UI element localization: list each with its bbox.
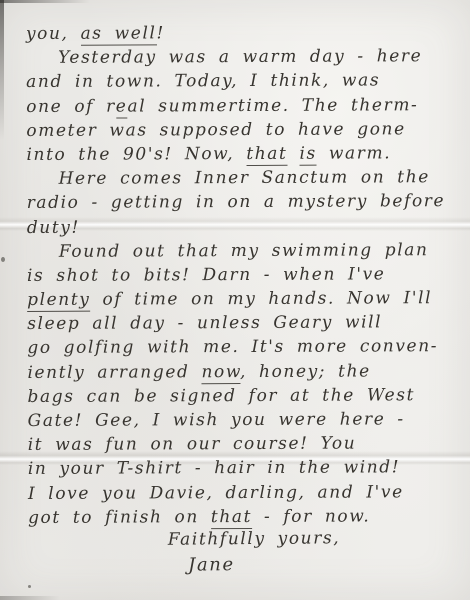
letter-line: it was fun on our course! You	[28, 431, 463, 457]
underlined-text: e	[116, 96, 128, 118]
scan-edge-left	[0, 0, 4, 140]
letter-line: one of real summertime. The therm-	[26, 93, 461, 119]
underlined-text: that	[211, 507, 252, 529]
underlined-text: now	[201, 362, 240, 384]
letter-line: Yesterday was a warm day - here	[26, 44, 461, 70]
letter-line: Gate! Gee, I wish you were here -	[28, 407, 463, 433]
text-segment	[287, 144, 299, 164]
underlined-text: as well	[81, 23, 157, 45]
letter-line: got to finish on that - for now.	[28, 504, 463, 530]
letter-line: bags can be signed for at the West	[27, 383, 462, 409]
text-segment: - for now.	[252, 506, 370, 527]
paper-speck	[1, 257, 5, 262]
text-segment: it was fun on our course! You	[28, 434, 357, 455]
text-segment: ometer was supposed to have gone	[26, 119, 405, 141]
text-segment: got to finish on	[28, 507, 211, 528]
letter-line: ometer was supposed to have gone	[26, 117, 461, 143]
letter-line: plenty of time on my hands. Now I'll	[27, 286, 462, 312]
letter-line: you, as well!	[26, 20, 461, 46]
text-segment: sleep all day - unless Geary will	[27, 313, 382, 335]
paper-speck	[28, 585, 31, 588]
underlined-text: that	[246, 144, 287, 166]
text-segment: one of r	[26, 96, 116, 116]
text-segment: iently arranged	[27, 362, 201, 383]
signature: Jane	[168, 551, 341, 578]
text-segment: of time on my hands. Now I'll	[90, 288, 432, 309]
text-segment: is shot to bits! Darn - when I've	[27, 264, 386, 286]
closing-block: Faithfully yours, Jane	[168, 526, 341, 578]
text-segment: I love you Davie, darling, and I've	[28, 482, 404, 504]
letter-page: you, as well!Yesterday was a warm day - …	[0, 0, 470, 600]
letter-line: radio - getting in on a mystery before	[27, 189, 462, 215]
text-segment: in your T-shirt - hair in the wind!	[28, 458, 400, 480]
text-segment: into the 90's! Now,	[26, 144, 246, 165]
scan-edge-bottom	[0, 596, 60, 600]
letter-line: and in town. Today, I think, was	[26, 68, 461, 94]
letter-line: into the 90's! Now, that is warm.	[26, 141, 461, 167]
letter-line: I love you Davie, darling, and I've	[28, 480, 463, 506]
text-segment: and in town. Today, I think, was	[26, 71, 380, 93]
text-segment: Yesterday was a warm day - here	[58, 46, 422, 68]
text-segment: you,	[26, 24, 81, 44]
letter-line: in your T-shirt - hair in the wind!	[28, 455, 463, 481]
underlined-text: plenty	[27, 290, 90, 312]
letter-line: sleep all day - unless Geary will	[27, 310, 462, 336]
letter-line: Found out that my swimming plan	[27, 238, 462, 264]
text-segment: bags can be signed for at the West	[27, 385, 415, 407]
letter-body: you, as well!Yesterday was a warm day - …	[26, 20, 463, 530]
text-segment: go golfing with me. It's more conven-	[27, 337, 438, 359]
text-segment: al summertime. The therm-	[127, 95, 418, 116]
text-segment: radio - getting in on a mystery before	[27, 191, 446, 213]
valediction: Faithfully yours,	[168, 526, 341, 553]
text-segment: warm.	[317, 143, 391, 163]
text-segment: Here comes Inner Sanctum on the	[59, 167, 430, 189]
text-segment: Found out that my swimming plan	[59, 240, 429, 262]
letter-line: is shot to bits! Darn - when I've	[27, 262, 462, 288]
text-segment: Gate! Gee, I wish you were here -	[28, 409, 405, 431]
letter-line: iently arranged now, honey; the	[27, 359, 462, 385]
text-segment: !	[156, 23, 165, 43]
letter-line: go golfing with me. It's more conven-	[27, 334, 462, 360]
text-segment: , honey; the	[240, 361, 371, 382]
scan-edge-top	[0, 0, 90, 3]
underlined-text: is	[299, 144, 316, 166]
letter-line: duty!	[27, 214, 462, 240]
letter-line: Here comes Inner Sanctum on the	[27, 165, 462, 191]
text-segment: duty!	[27, 217, 80, 237]
